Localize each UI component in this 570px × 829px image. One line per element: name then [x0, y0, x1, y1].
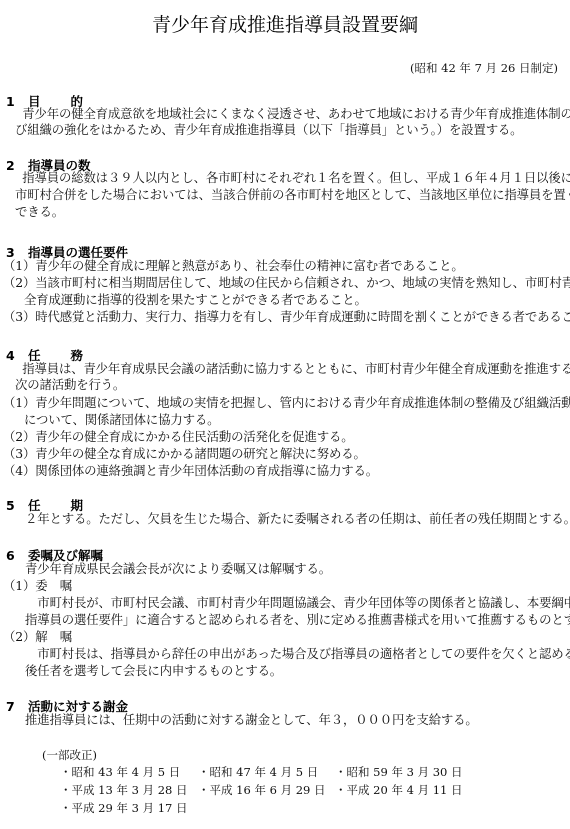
body-line: 市町村長は、指導員から辞任の申出があった場合及び指導員の適格者としての要件を欠く… [25, 646, 570, 662]
body-line: ２年とする。ただし、欠員を生じた場合、新たに委嘱される者の任期は、前任者の残任期… [25, 511, 570, 527]
list-item: （2）青少年の健全育成にかかる住民活動の活発化を促進する。 [3, 429, 353, 445]
list-item: （3）時代感覚と活動力、実行力、指導力を有し、青少年育成運動に時間を割くことがで… [3, 309, 570, 325]
body-line: 青少年育成県民会議会長が次により委嘱又は解嘱する。 [25, 561, 331, 577]
amendment-date: ・平成 13 年 3 月 28 日 [60, 782, 188, 798]
section-heading: 6委嘱及び解嘱 [6, 546, 103, 562]
body-line: 推進指導員には、任期中の活動に対する謝金として、年３，０００円を支給する。 [25, 712, 478, 728]
amendment-date: ・昭和 47 年 4 月 5 日 [198, 764, 318, 780]
body-line: 指導員は、青少年育成県民会議の諸活動に協力するとともに、市町村青少年健全育成運動… [10, 361, 570, 377]
amendment-title: (一部改正) [42, 747, 97, 763]
amendment-date: ・平成 29 年 3 月 17 日 [60, 800, 188, 816]
body-line: 青少年の健全育成意欲を地域社会にくまなく浸透させ、あわせて地域における青少年育成… [10, 106, 570, 122]
amendment-date: ・昭和 59 年 3 月 30 日 [335, 764, 463, 780]
enacted-date: (昭和 42 年 7 月 26 日制定) [410, 60, 558, 76]
body-line: び組織の強化をはかるため、青少年育成推進指導員（以下「指導員」という。）を設置す… [15, 122, 522, 138]
body-line: 市町村合併をした場合においては、当該合併前の各市町村を地区として、当該地区単位に… [15, 187, 570, 203]
list-item: （4）関係団体の連絡強調と青少年団体活動の育成指導に協力する。 [3, 463, 378, 479]
section-heading: 4任務 [6, 346, 113, 362]
list-item: （1）青少年問題について、地域の実情を把握し、管内における青少年育成推進体制の整… [3, 395, 570, 411]
section-heading: 5任期 [6, 496, 113, 512]
list-item: （2）当該市町村に相当期間居住して、地域の住民から信頼され、かつ、地域の実情を熟… [3, 275, 570, 291]
section-heading: 7活動に対する謝金 [6, 697, 128, 713]
body-line: 市町村長が、市町村民会議、市町村青少年問題協議会、青少年団体等の関係者と協議し、… [25, 595, 570, 611]
subsection-heading: （2）解 嘱 [3, 629, 72, 645]
list-item: （1）青少年の健全育成に理解と熱意があり、社会奉仕の精神に富む者であること。 [3, 258, 464, 274]
body-line: できる。 [15, 204, 64, 220]
body-line: 指導員の選任要件」に適合すると認められる者を、別に定める推薦書様式を用いて推薦す… [25, 612, 570, 628]
document-title: 青少年育成推進指導員設置要綱 [0, 10, 570, 37]
document-page: 青少年育成推進指導員設置要綱 (昭和 42 年 7 月 26 日制定) 1目的 … [0, 0, 570, 829]
body-line: 後任者を選考して会長に内申するものとする。 [25, 663, 282, 679]
body-line: 次の諸活動を行う。 [15, 377, 125, 393]
amendment-date: ・平成 20 年 4 月 11 日 [335, 782, 463, 798]
subsection-heading: （1）委 嘱 [3, 578, 72, 594]
section-heading: 3指導員の選任要件 [6, 243, 128, 259]
list-item-continued: 全育成運動に指導的役割を果たすことができる者であること。 [24, 292, 367, 308]
list-item: （3）青少年の健全な育成にかかる諸問題の研究と解決に努める。 [3, 446, 366, 462]
amendment-date: ・平成 16 年 6 月 29 日 [198, 782, 326, 798]
body-line: 指導員の総数は３９人以内とし、各市町村にそれぞれ１名を置く。但し、平成１６年４月… [10, 170, 570, 186]
amendment-date: ・昭和 43 年 4 月 5 日 [60, 764, 180, 780]
list-item-continued: について、関係諸団体に協力する。 [24, 412, 219, 428]
